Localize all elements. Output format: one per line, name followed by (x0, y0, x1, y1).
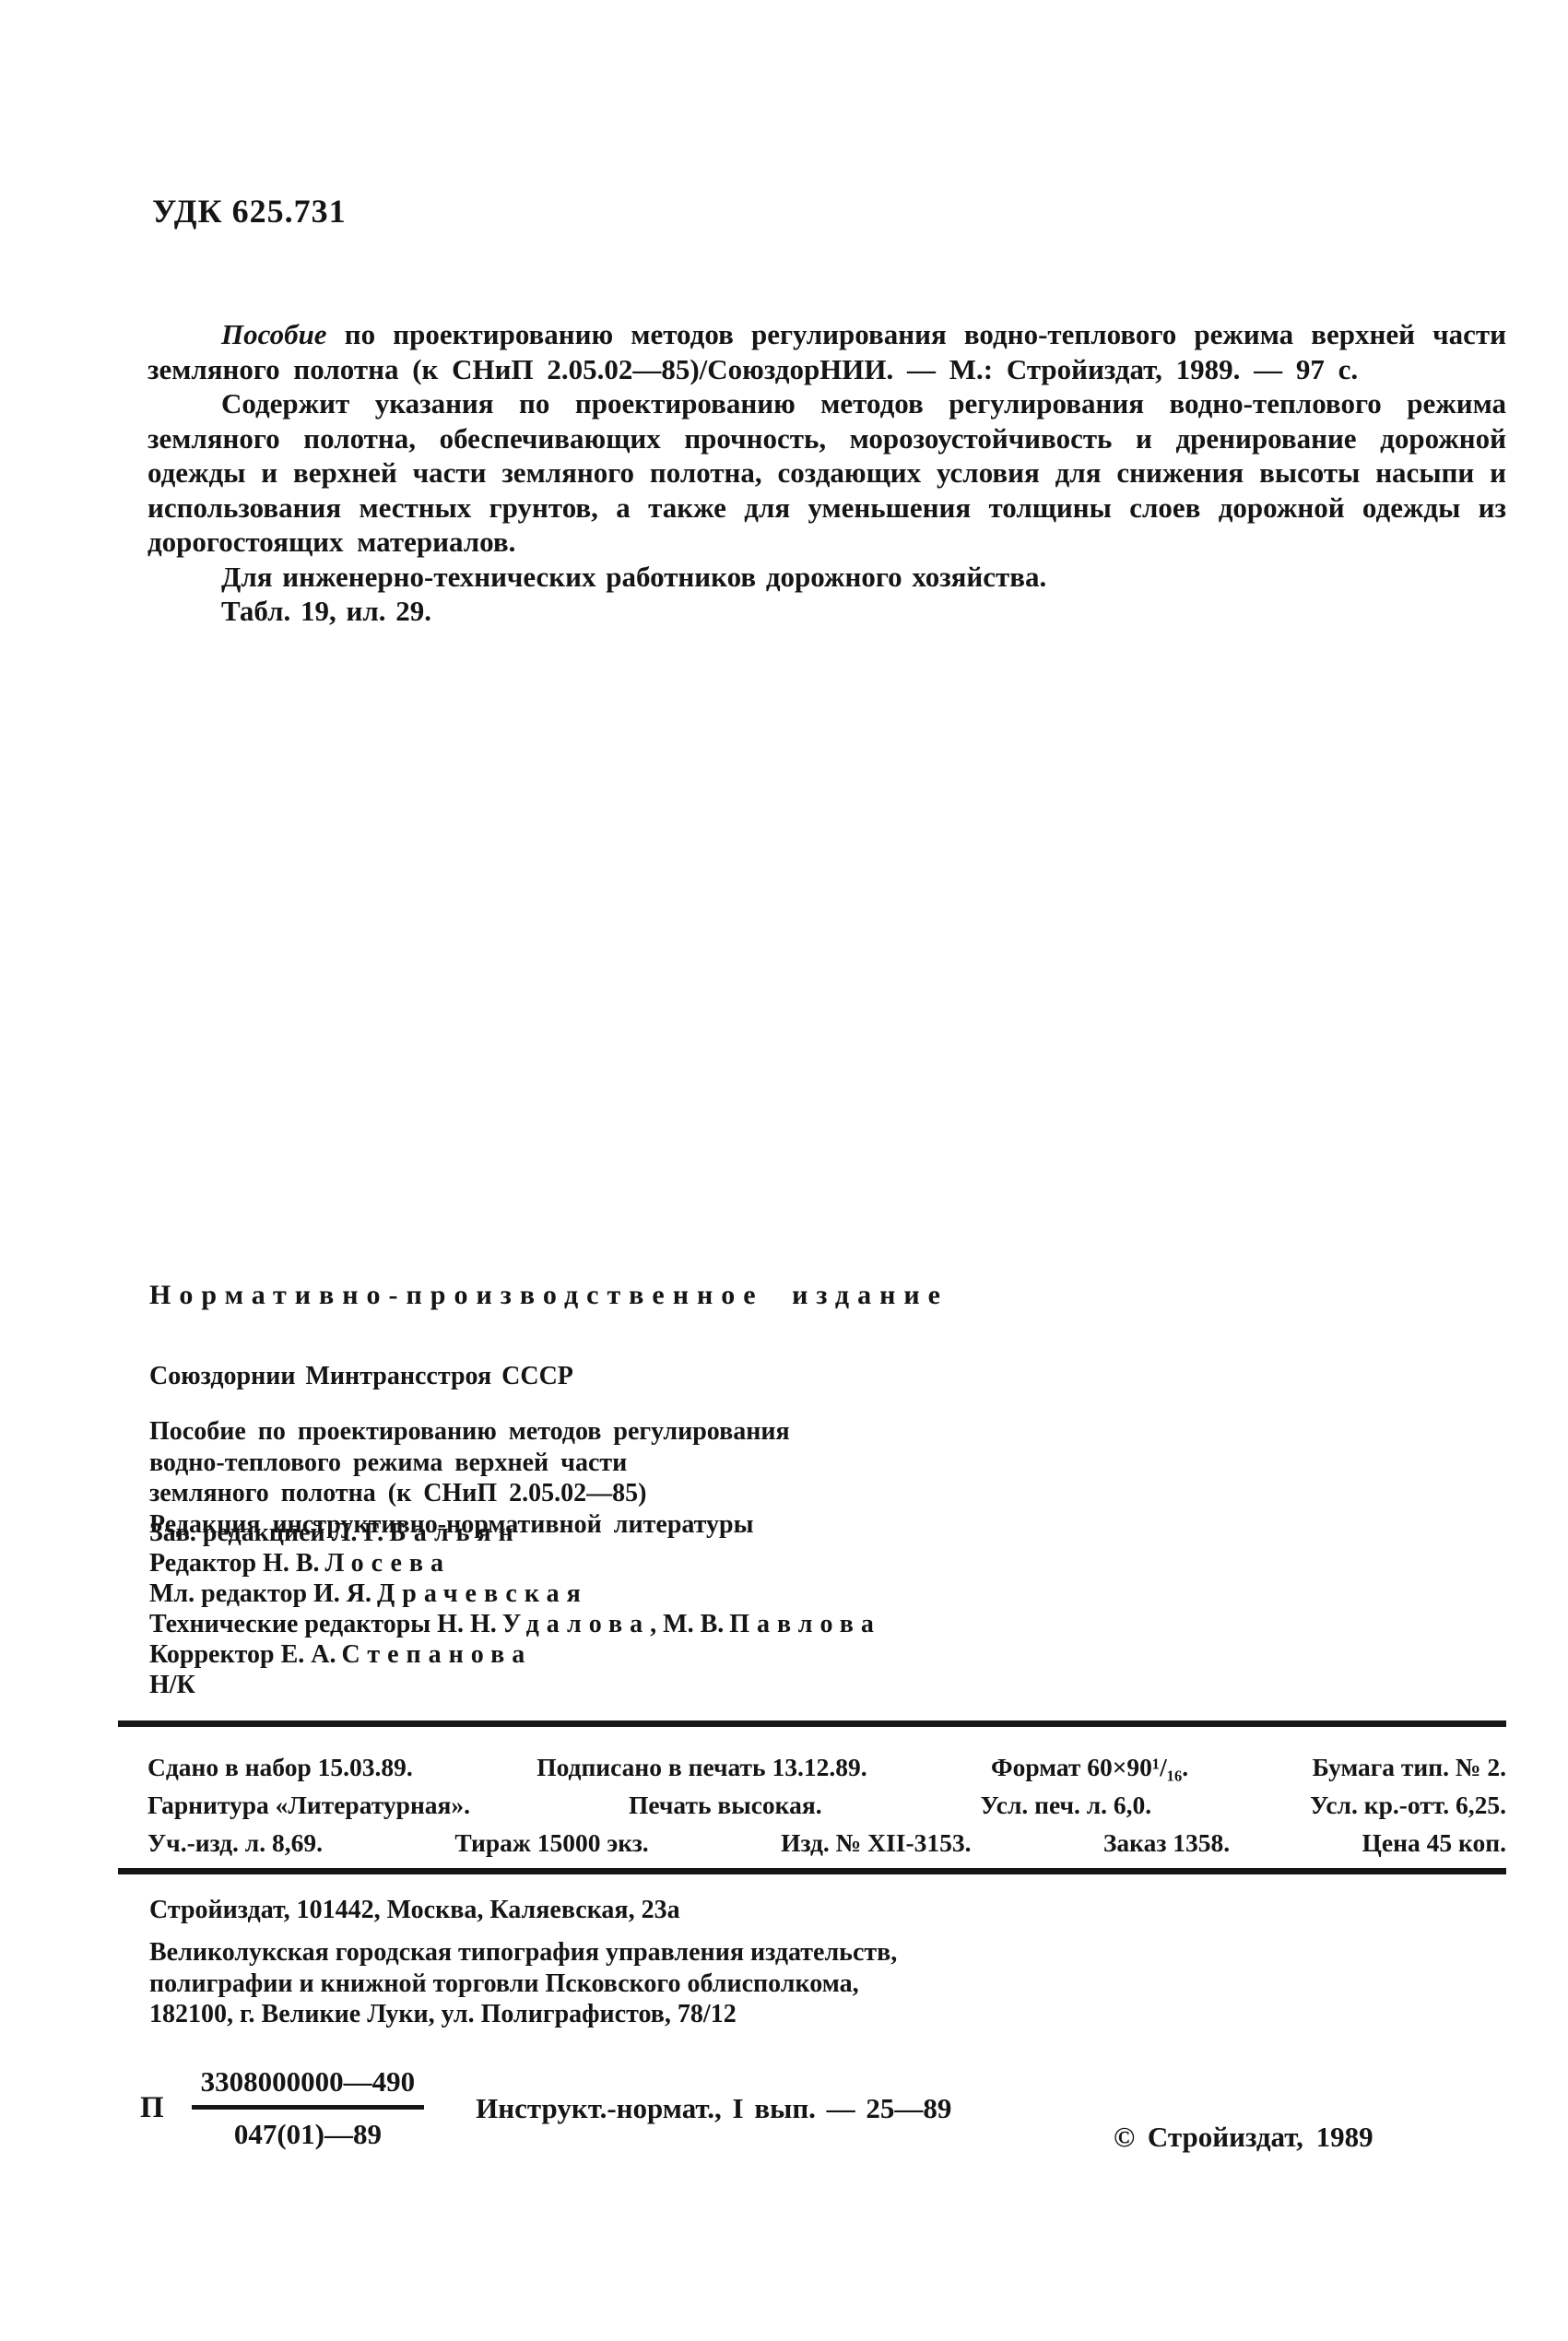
catalog-number-block: П 3308000000—490 047(01)—89 Инструкт.-но… (140, 2065, 951, 2151)
staff-initials: М. В. (663, 1610, 724, 1638)
horizontal-rule-top (118, 1720, 1506, 1727)
staff-name: Драчевская (377, 1579, 588, 1608)
udk-code: УДК 625.731 (152, 192, 347, 231)
copyright-line: © Стройиздат, 1989 (1114, 2121, 1373, 2154)
print-specs-block: Сдано в набор 15.03.89. Подписано в печа… (147, 1748, 1506, 1862)
staff-name: Бальян (389, 1519, 521, 1547)
print-method: Печать высокая. (629, 1786, 822, 1824)
annotation-summary: Содержит указания по проектированию мето… (147, 386, 1506, 560)
organization-line: Союздорнии Минтрансстроя СССР (149, 1362, 573, 1391)
staff-junior-editor: Мл. редактор И. Я.Драчевская (149, 1578, 881, 1609)
title-line: Пособие по проектированию методов регули… (149, 1416, 790, 1448)
catalog-numerator: 3308000000—490 (192, 2065, 425, 2110)
typeface-name: Гарнитура «Литературная». (147, 1786, 470, 1824)
title-line: земляного полотна (к СНиП 2.05.02—85) (149, 1478, 790, 1509)
publisher-block: Стройиздат, 101442, Москва, Каляевская, … (149, 1896, 897, 2030)
title-line: водно-теплового режима верхней части (149, 1448, 790, 1479)
staff-separator: , (650, 1610, 656, 1638)
catalog-letter: П (140, 2091, 164, 2125)
staff-role: Зав. редакцией Л. Г. (149, 1519, 383, 1547)
print-specs-line-1: Сдано в набор 15.03.89. Подписано в печа… (147, 1748, 1506, 1786)
printed-sheets: Усл. печ. л. 6,0. (981, 1786, 1152, 1824)
staff-role: Мл. редактор И. Я. (149, 1579, 371, 1608)
annotation-block: Пособие по проектированию методов регули… (147, 317, 1506, 629)
catalog-denominator: 047(01)—89 (192, 2110, 425, 2151)
staff-technical-editors: Технические редакторы Н. Н.Удалова, М. В… (149, 1609, 881, 1639)
publisher-address: Стройиздат, 101442, Москва, Каляевская, … (149, 1896, 897, 1925)
print-run: Тираж 15000 экз. (454, 1824, 648, 1862)
order-number: Заказ 1358. (1103, 1824, 1230, 1862)
staff-role: Редактор Н. В. (149, 1549, 320, 1578)
paper-type: Бумага тип. № 2. (1313, 1748, 1506, 1786)
format-spec: Формат 60×90¹/₁₆. (991, 1748, 1188, 1786)
price: Цена 45 коп. (1362, 1824, 1506, 1862)
staff-name: Павлова (729, 1610, 881, 1638)
annotation-lead-word: Пособие (221, 318, 327, 350)
print-specs-line-2: Гарнитура «Литературная». Печать высокая… (147, 1786, 1506, 1824)
series-classification: Инструкт.-нормат., I вып. — 25—89 (476, 2092, 951, 2125)
horizontal-rule-bottom (118, 1868, 1506, 1874)
ink-impressions: Усл. кр.-отт. 6,25. (1310, 1786, 1506, 1824)
annotation-bibliographic-text: по проектированию методов регулирования … (147, 318, 1506, 385)
print-specs-line-3: Уч.-изд. л. 8,69. Тираж 15000 экз. Изд. … (147, 1824, 1506, 1862)
typeset-date: Сдано в набор 15.03.89. (147, 1748, 413, 1786)
staff-name: Лосева (325, 1549, 451, 1578)
staff-editor: Редактор Н. В.Лосева (149, 1548, 881, 1578)
edition-number: Изд. № XII-3153. (781, 1824, 971, 1862)
printer-line: 182100, г. Великие Луки, ул. Полиграфист… (149, 1999, 897, 2030)
staff-role: Корректор Е. А. (149, 1640, 336, 1669)
staff-name: Степанова (341, 1640, 532, 1669)
nk-mark: Н/К (149, 1670, 881, 1700)
book-imprint-page: УДК 625.731 Пособие по проектированию ме… (0, 0, 1568, 2341)
annotation-tables-figures: Табл. 19, ил. 29. (147, 594, 1506, 629)
staff-corrector: Корректор Е. А.Степанова (149, 1639, 881, 1670)
catalog-fraction: 3308000000—490 047(01)—89 (192, 2065, 425, 2151)
printer-line: полиграфии и книжной торговли Псковского… (149, 1969, 897, 2000)
edition-type-heading: Нормативно-производственное издание (149, 1280, 949, 1311)
publisher-sheets: Уч.-изд. л. 8,69. (147, 1824, 323, 1862)
staff-head-editor: Зав. редакцией Л. Г.Бальян (149, 1518, 881, 1548)
editorial-staff-block: Зав. редакцией Л. Г.Бальян Редактор Н. В… (149, 1518, 881, 1700)
staff-name: Удалова (502, 1610, 650, 1638)
staff-role: Технические редакторы Н. Н. (149, 1610, 497, 1638)
annotation-bibliographic-entry: Пособие по проектированию методов регули… (147, 317, 1506, 386)
annotation-audience: Для инженерно-технических работников дор… (147, 560, 1506, 595)
printer-line: Великолукская городская типография управ… (149, 1937, 897, 1969)
print-signed-date: Подписано в печать 13.12.89. (536, 1748, 867, 1786)
